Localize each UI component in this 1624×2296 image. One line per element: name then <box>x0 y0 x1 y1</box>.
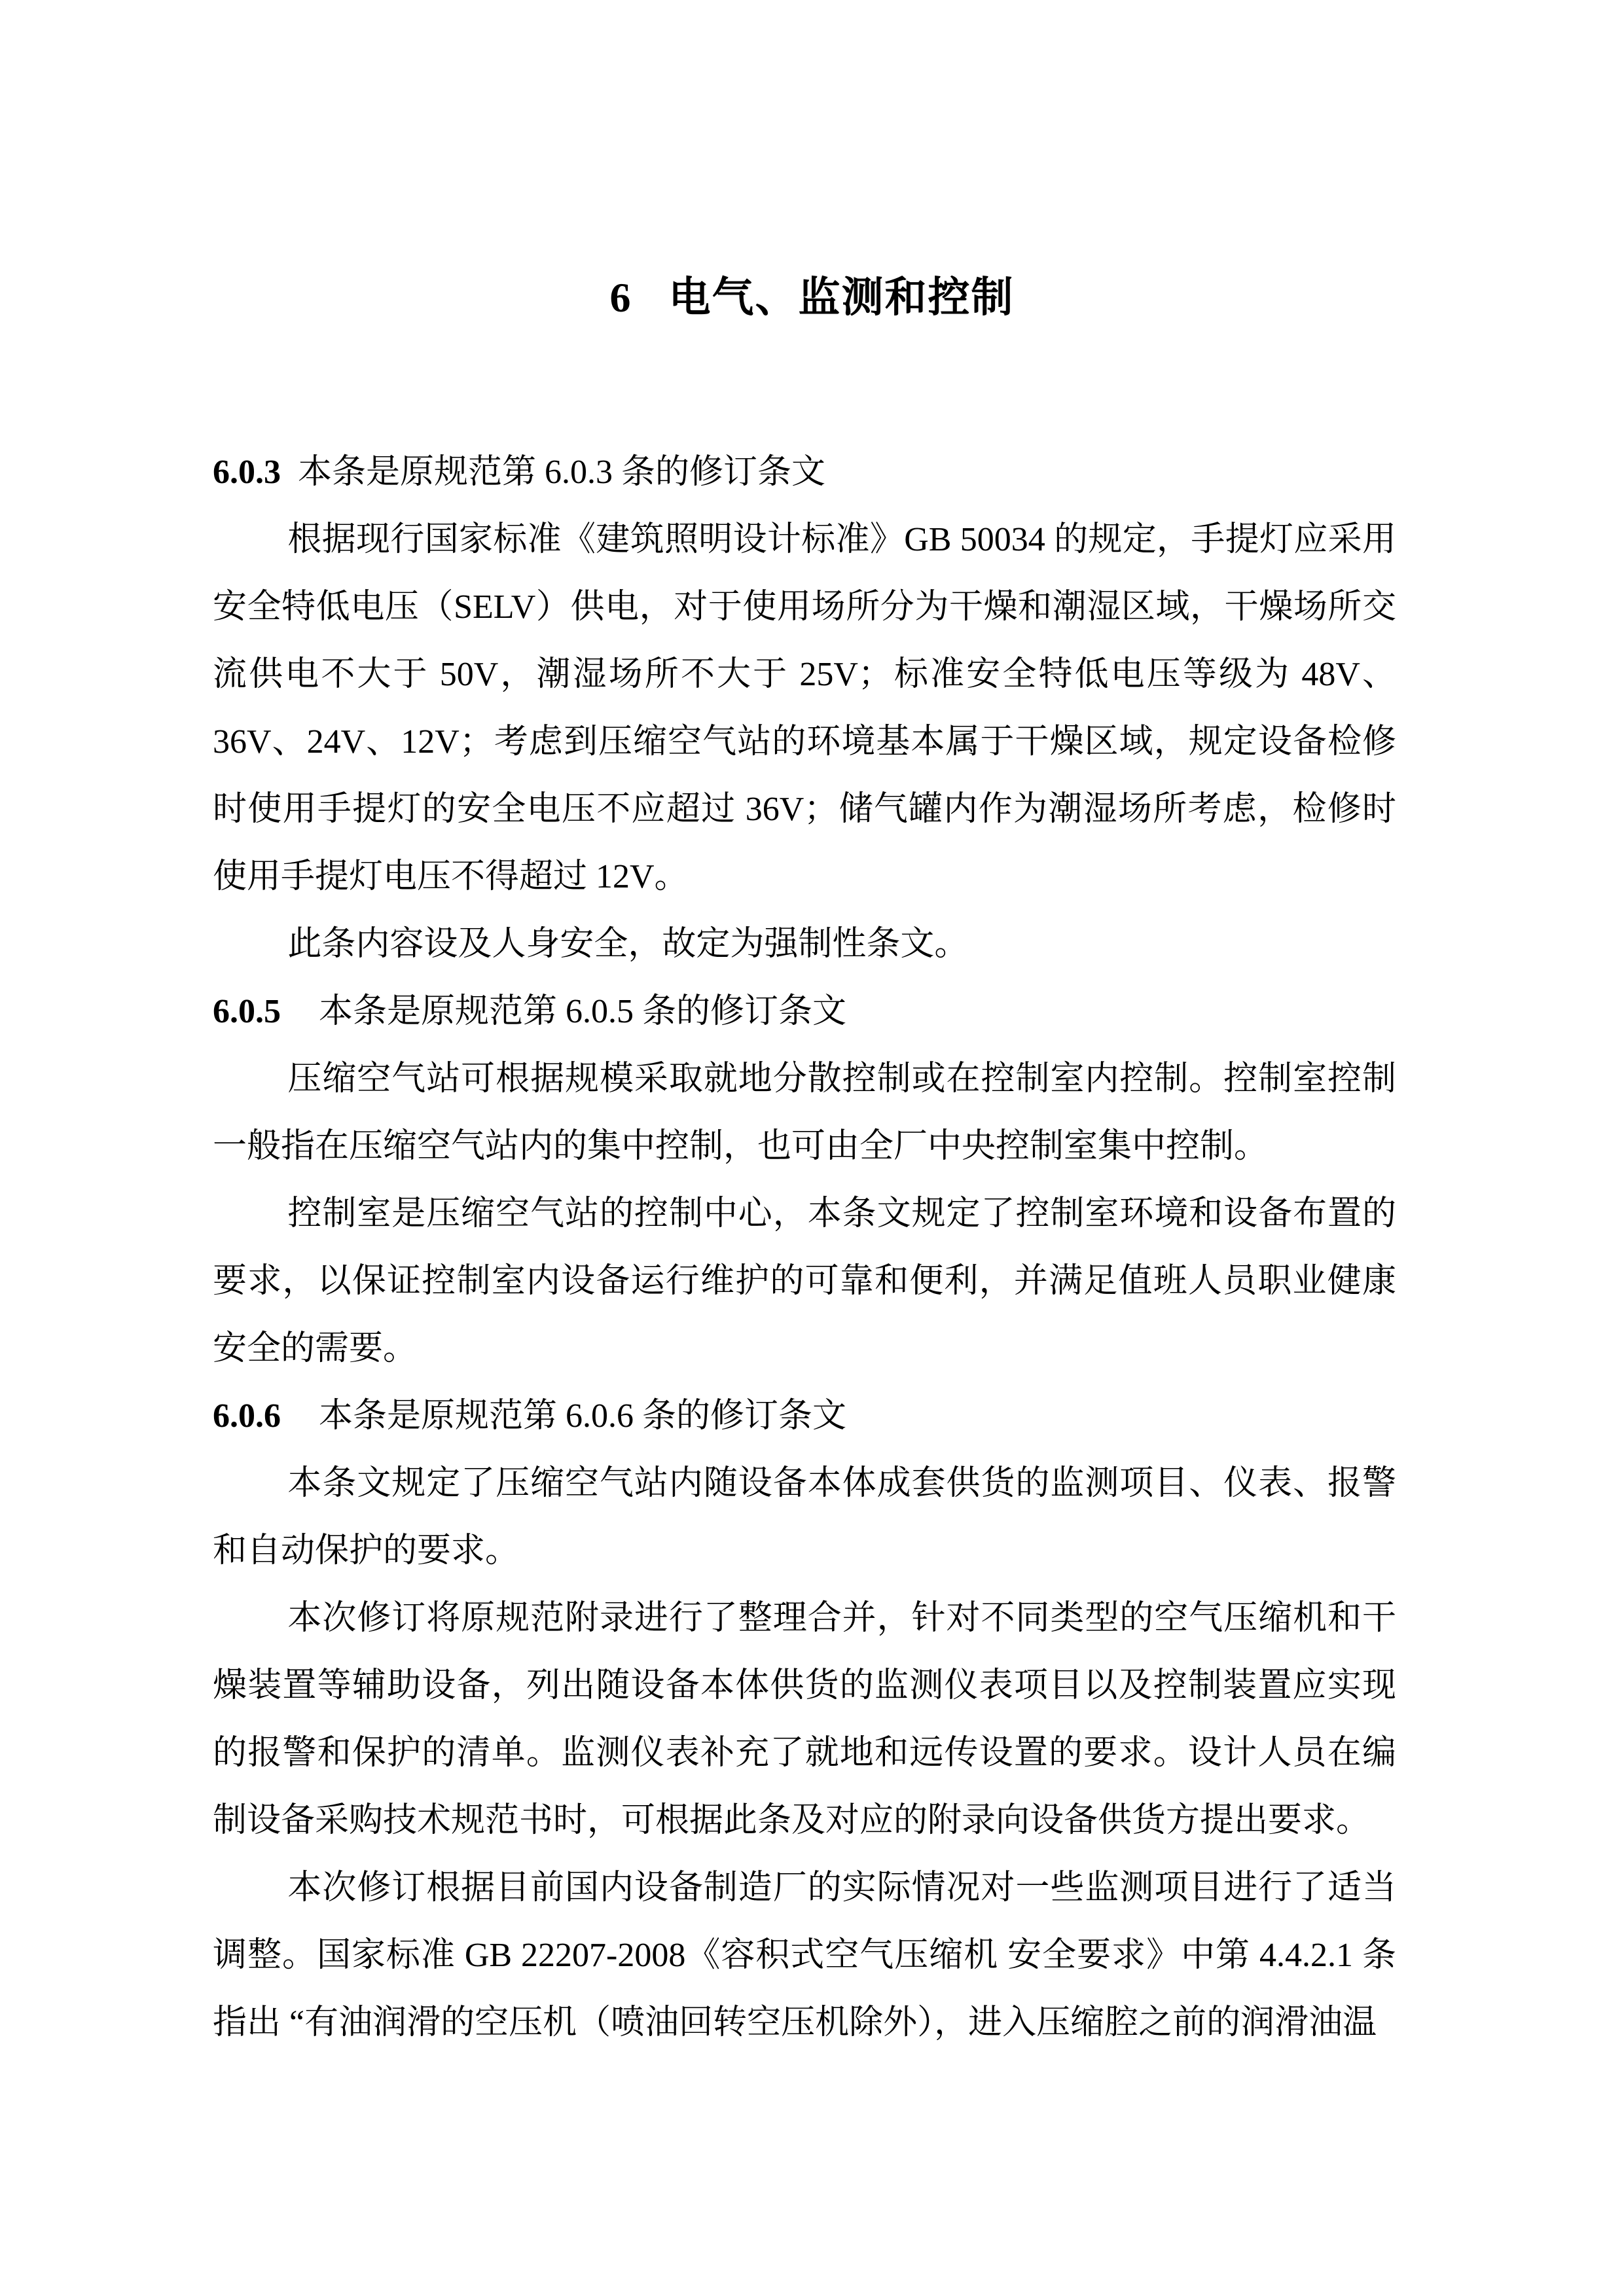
section-heading: 6.0.5本条是原规范第 6.0.5 条的修订条文 <box>213 978 1396 1045</box>
paragraph: 控制室是压缩空气站的控制中心，本条文规定了控制室环境和设备布置的要求，以保证控制… <box>213 1180 1396 1382</box>
section-heading: 6.0.3本条是原规范第 6.0.3 条的修订条文 <box>213 439 1396 506</box>
document-body: 6.0.3本条是原规范第 6.0.3 条的修订条文 根据现行国家标准《建筑照明设… <box>213 439 1396 2056</box>
chapter-number: 6 <box>610 274 632 321</box>
chapter-title-text: 电气、监测和控制 <box>669 274 1015 321</box>
section-6-0-6: 6.0.6本条是原规范第 6.0.6 条的修订条文 本条文规定了压缩空气站内随设… <box>213 1382 1396 2056</box>
section-6-0-3: 6.0.3本条是原规范第 6.0.3 条的修订条文 根据现行国家标准《建筑照明设… <box>213 439 1396 978</box>
clause-heading-text: 本条是原规范第 6.0.5 条的修订条文 <box>319 993 846 1030</box>
paragraph: 本次修订将原规范附录进行了整理合并，针对不同类型的空气压缩机和干燥装置等辅助设备… <box>213 1585 1396 1854</box>
clause-number: 6.0.5 <box>213 993 281 1030</box>
section-heading: 6.0.6本条是原规范第 6.0.6 条的修订条文 <box>213 1382 1396 1450</box>
paragraph: 压缩空气站可根据规模采取就地分散控制或在控制室内控制。控制室控制一般指在压缩空气… <box>213 1045 1396 1180</box>
page-title: 6电气、监测和控制 <box>0 0 1624 327</box>
document-page: 6电气、监测和控制 6.0.3本条是原规范第 6.0.3 条的修订条文 根据现行… <box>0 0 1624 2296</box>
clause-number: 6.0.3 <box>213 454 281 491</box>
clause-heading-text: 本条是原规范第 6.0.6 条的修订条文 <box>319 1397 846 1435</box>
clause-number: 6.0.6 <box>213 1397 281 1435</box>
paragraph: 此条内容设及人身安全，故定为强制性条文。 <box>213 910 1396 978</box>
section-6-0-5: 6.0.5本条是原规范第 6.0.5 条的修订条文 压缩空气站可根据规模采取就地… <box>213 978 1396 1382</box>
clause-heading-text: 本条是原规范第 6.0.3 条的修订条文 <box>298 454 825 491</box>
paragraph: 本条文规定了压缩空气站内随设备本体成套供货的监测项目、仪表、报警和自动保护的要求… <box>213 1450 1396 1585</box>
paragraph: 根据现行国家标准《建筑照明设计标准》GB 50034 的规定，手提灯应采用安全特… <box>213 506 1396 910</box>
paragraph: 本次修订根据目前国内设备制造厂的实际情况对一些监测项目进行了适当调整。国家标准 … <box>213 1854 1396 2056</box>
